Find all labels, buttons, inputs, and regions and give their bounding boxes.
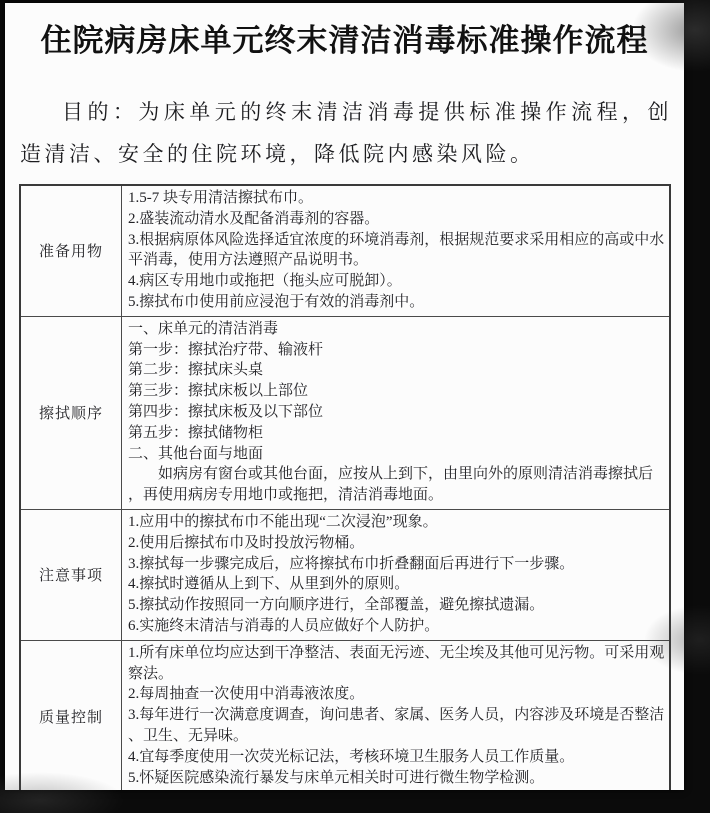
cell-paragraph: 第一步：擦拭治疗带、输液杆 [128,340,665,361]
table-row: 准备用物1.5-7 块专用清洁擦拭布巾。2.盛装流动清水及配备消毒剂的容器。3.… [20,185,670,316]
row-label: 质量控制 [20,640,122,790]
row-label: 准备用物 [20,185,122,316]
row-content: 1.应用中的擦拭布巾不能出现“二次浸泡”现象。2.使用后擦拭布巾及时投放污物桶。… [122,509,671,640]
table-row: 注意事项1.应用中的擦拭布巾不能出现“二次浸泡”现象。2.使用后擦拭布巾及时投放… [20,509,670,640]
cell-paragraph: 第五步：擦拭储物柜 [128,423,665,444]
page-title: 住院病房床单元终末清洁消毒标准操作流程 [11,15,678,60]
cell-paragraph: 1.应用中的擦拭布巾不能出现“二次浸泡”现象。 [128,512,665,533]
row-label: 擦拭顺序 [20,316,122,509]
cell-paragraph: 第三步：擦拭床板以上部位 [128,381,665,402]
cell-paragraph: 二、其他台面与地面 [128,444,665,465]
row-content: 一、床单元的清洁消毒第一步：擦拭治疗带、输液杆第二步：擦拭床头桌第三步：擦拭床板… [122,316,671,509]
cell-paragraph: 5.擦拭动作按照同一方向顺序进行，全部覆盖，避免擦拭遗漏。 [128,595,665,616]
cell-paragraph: 3.根据病原体风险选择适宜浓度的环境消毒剂，根据规范要求采用相应的高或中水平消毒… [128,230,665,272]
cell-paragraph: 如病房有窗台或其他台面，应按从上到下，由里向外的原则清洁消毒擦拭后，再使用病房专… [128,464,665,506]
row-label: 注意事项 [20,509,122,640]
row-content: 1.所有床单位均应达到干净整洁、表面无污迹、无尘埃及其他可见污物。可采用观察法。… [122,640,671,790]
table-row: 质量控制1.所有床单位均应达到干净整洁、表面无污迹、无尘埃及其他可见污物。可采用… [20,640,670,790]
cell-paragraph: 5.怀疑医院感染流行暴发与床单元相关时可进行微生物学检测。 [128,768,665,789]
scanned-photo-frame: 住院病房床单元终末清洁消毒标准操作流程 目的：为床单元的终末清洁消毒提供标准操作… [0,0,710,813]
cell-paragraph: 4.擦拭时遵循从上到下、从里到外的原则。 [128,574,665,595]
cell-paragraph: 4.病区专用地巾或拖把（拖头应可脱卸）。 [128,271,665,292]
sop-table-body: 准备用物1.5-7 块专用清洁擦拭布巾。2.盛装流动清水及配备消毒剂的容器。3.… [20,185,670,790]
sop-table: 准备用物1.5-7 块专用清洁擦拭布巾。2.盛装流动清水及配备消毒剂的容器。3.… [19,184,671,790]
purpose-paragraph: 目的：为床单元的终末清洁消毒提供标准操作流程，创造清洁、安全的住院环境，降低院内… [20,91,672,175]
row-content: 1.5-7 块专用清洁擦拭布巾。2.盛装流动清水及配备消毒剂的容器。3.根据病原… [122,185,671,316]
cell-paragraph: 3.每年进行一次满意度调查，询问患者、家属、医务人员，内容涉及环境是否整洁、卫生… [128,705,665,747]
document-page: 住院病房床单元终末清洁消毒标准操作流程 目的：为床单元的终末清洁消毒提供标准操作… [5,3,684,790]
cell-paragraph: 5.擦拭布巾使用前应浸泡于有效的消毒剂中。 [128,292,665,313]
cell-paragraph: 2.盛装流动清水及配备消毒剂的容器。 [128,209,665,230]
cell-paragraph: 1.5-7 块专用清洁擦拭布巾。 [128,188,665,209]
cell-paragraph: 2.每周抽查一次使用中消毒液浓度。 [128,684,665,705]
cell-paragraph: 3.擦拭每一步骤完成后，应将擦拭布巾折叠翻面后再进行下一步骤。 [128,554,665,575]
cell-paragraph: 一、床单元的清洁消毒 [128,319,665,340]
cell-paragraph: 1.所有床单位均应达到干净整洁、表面无污迹、无尘埃及其他可见污物。可采用观察法。 [128,643,665,685]
cell-paragraph: 4.宜每季度使用一次荧光标记法，考核环境卫生服务人员工作质量。 [128,747,665,768]
cell-paragraph: 6.实施终末清洁与消毒的人员应做好个人防护。 [128,616,665,637]
cell-paragraph: 第二步：擦拭床头桌 [128,360,665,381]
cell-paragraph: 第四步：擦拭床板及以下部位 [128,402,665,423]
cell-paragraph: 2.使用后擦拭布巾及时投放污物桶。 [128,533,665,554]
table-row: 擦拭顺序一、床单元的清洁消毒第一步：擦拭治疗带、输液杆第二步：擦拭床头桌第三步：… [20,316,670,509]
